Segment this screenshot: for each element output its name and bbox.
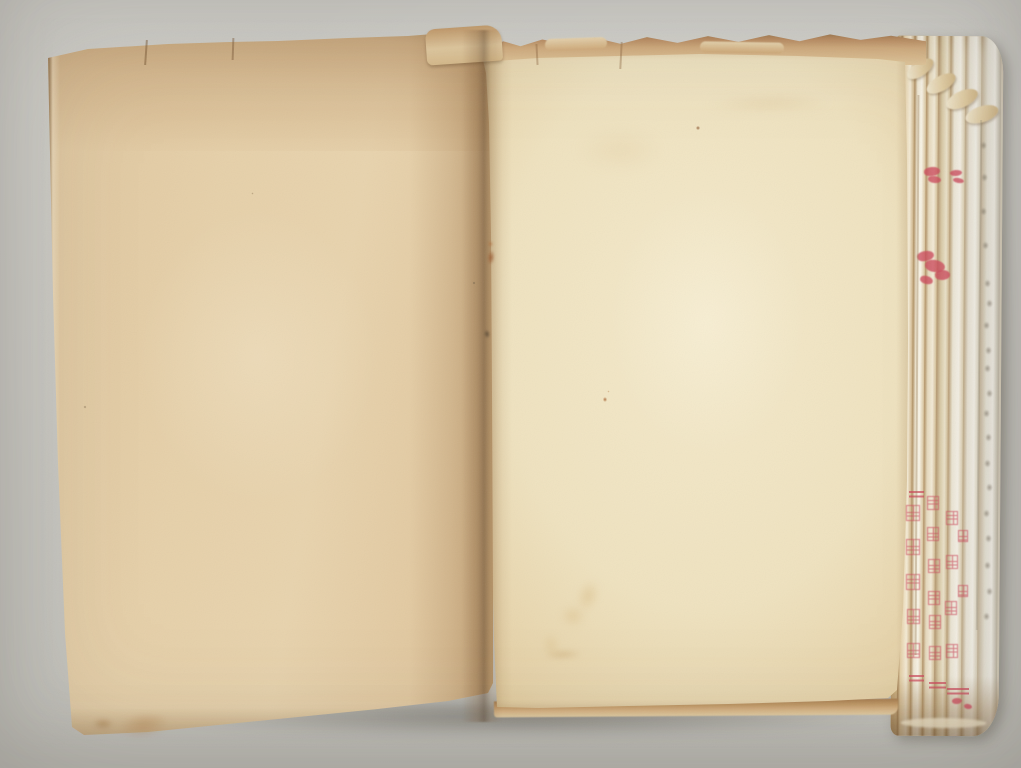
red-stamp-glyph [946, 555, 958, 569]
pencil-mark [984, 345, 993, 356]
pencil-mark [985, 298, 994, 309]
paper-crease [915, 95, 919, 655]
stain [535, 647, 591, 662]
stain [602, 396, 608, 403]
pencil-mark [984, 432, 993, 443]
marks-and-stains-layer [0, 0, 1021, 768]
stain [83, 405, 87, 409]
red-stamp-glyph [906, 574, 920, 590]
stain [88, 716, 118, 732]
red-stamp-glyph [928, 559, 940, 573]
red-stamp-mark [964, 703, 973, 709]
red-stamp-glyph [928, 591, 940, 605]
stain [556, 602, 590, 630]
paper-crease [619, 42, 622, 69]
pencil-mark [984, 533, 993, 544]
red-stamp-glyph [945, 601, 957, 615]
pencil-mark [985, 388, 994, 399]
red-stamp-bar [929, 682, 946, 684]
red-stamp-mark [919, 275, 934, 286]
red-stamp-glyph [929, 646, 941, 660]
pencil-mark [982, 408, 991, 419]
red-stamp-bar [947, 688, 969, 690]
stain [251, 192, 254, 195]
pencil-mark [980, 172, 989, 183]
stain [485, 247, 497, 269]
stain [482, 327, 492, 340]
red-stamp-mark [953, 177, 965, 184]
red-stamp-glyph [946, 644, 958, 658]
red-stamp-glyph [927, 527, 939, 541]
red-stamp-glyph [907, 643, 920, 658]
red-stamp-glyph [906, 539, 920, 555]
stain [472, 281, 476, 285]
stain [680, 90, 860, 115]
pencil-mark [982, 320, 991, 331]
pencil-mark [982, 611, 991, 622]
paper-crease [232, 38, 235, 60]
pencil-mark [983, 458, 992, 469]
stain [607, 390, 610, 393]
red-stamp-glyph [907, 609, 920, 624]
red-stamp-mark [935, 269, 951, 280]
red-stamp-glyph [906, 505, 920, 521]
red-stamp-glyph [958, 530, 968, 542]
paper-crease [144, 40, 148, 65]
red-stamp-bar [909, 675, 924, 677]
red-stamp-mark [952, 697, 963, 704]
pencil-mark [981, 240, 990, 251]
paper-crease [535, 44, 538, 65]
photo-of-open-book: Photograph of an open book with two blan… [0, 0, 1021, 768]
red-stamp-glyph [946, 511, 958, 525]
pencil-mark [985, 586, 994, 597]
pencil-mark [983, 363, 992, 374]
red-stamp-glyph [927, 496, 939, 510]
paper-crease [976, 120, 982, 630]
stain [487, 240, 494, 248]
red-stamp-glyph [958, 585, 968, 597]
pencil-mark [983, 560, 992, 571]
stain [695, 125, 701, 131]
red-stamp-mark [928, 175, 942, 183]
pencil-mark [983, 278, 992, 289]
red-stamp-mark [950, 169, 962, 176]
pencil-mark [985, 482, 994, 493]
pencil-mark [982, 508, 991, 519]
stain [560, 120, 680, 180]
red-stamp-glyph [929, 615, 941, 629]
